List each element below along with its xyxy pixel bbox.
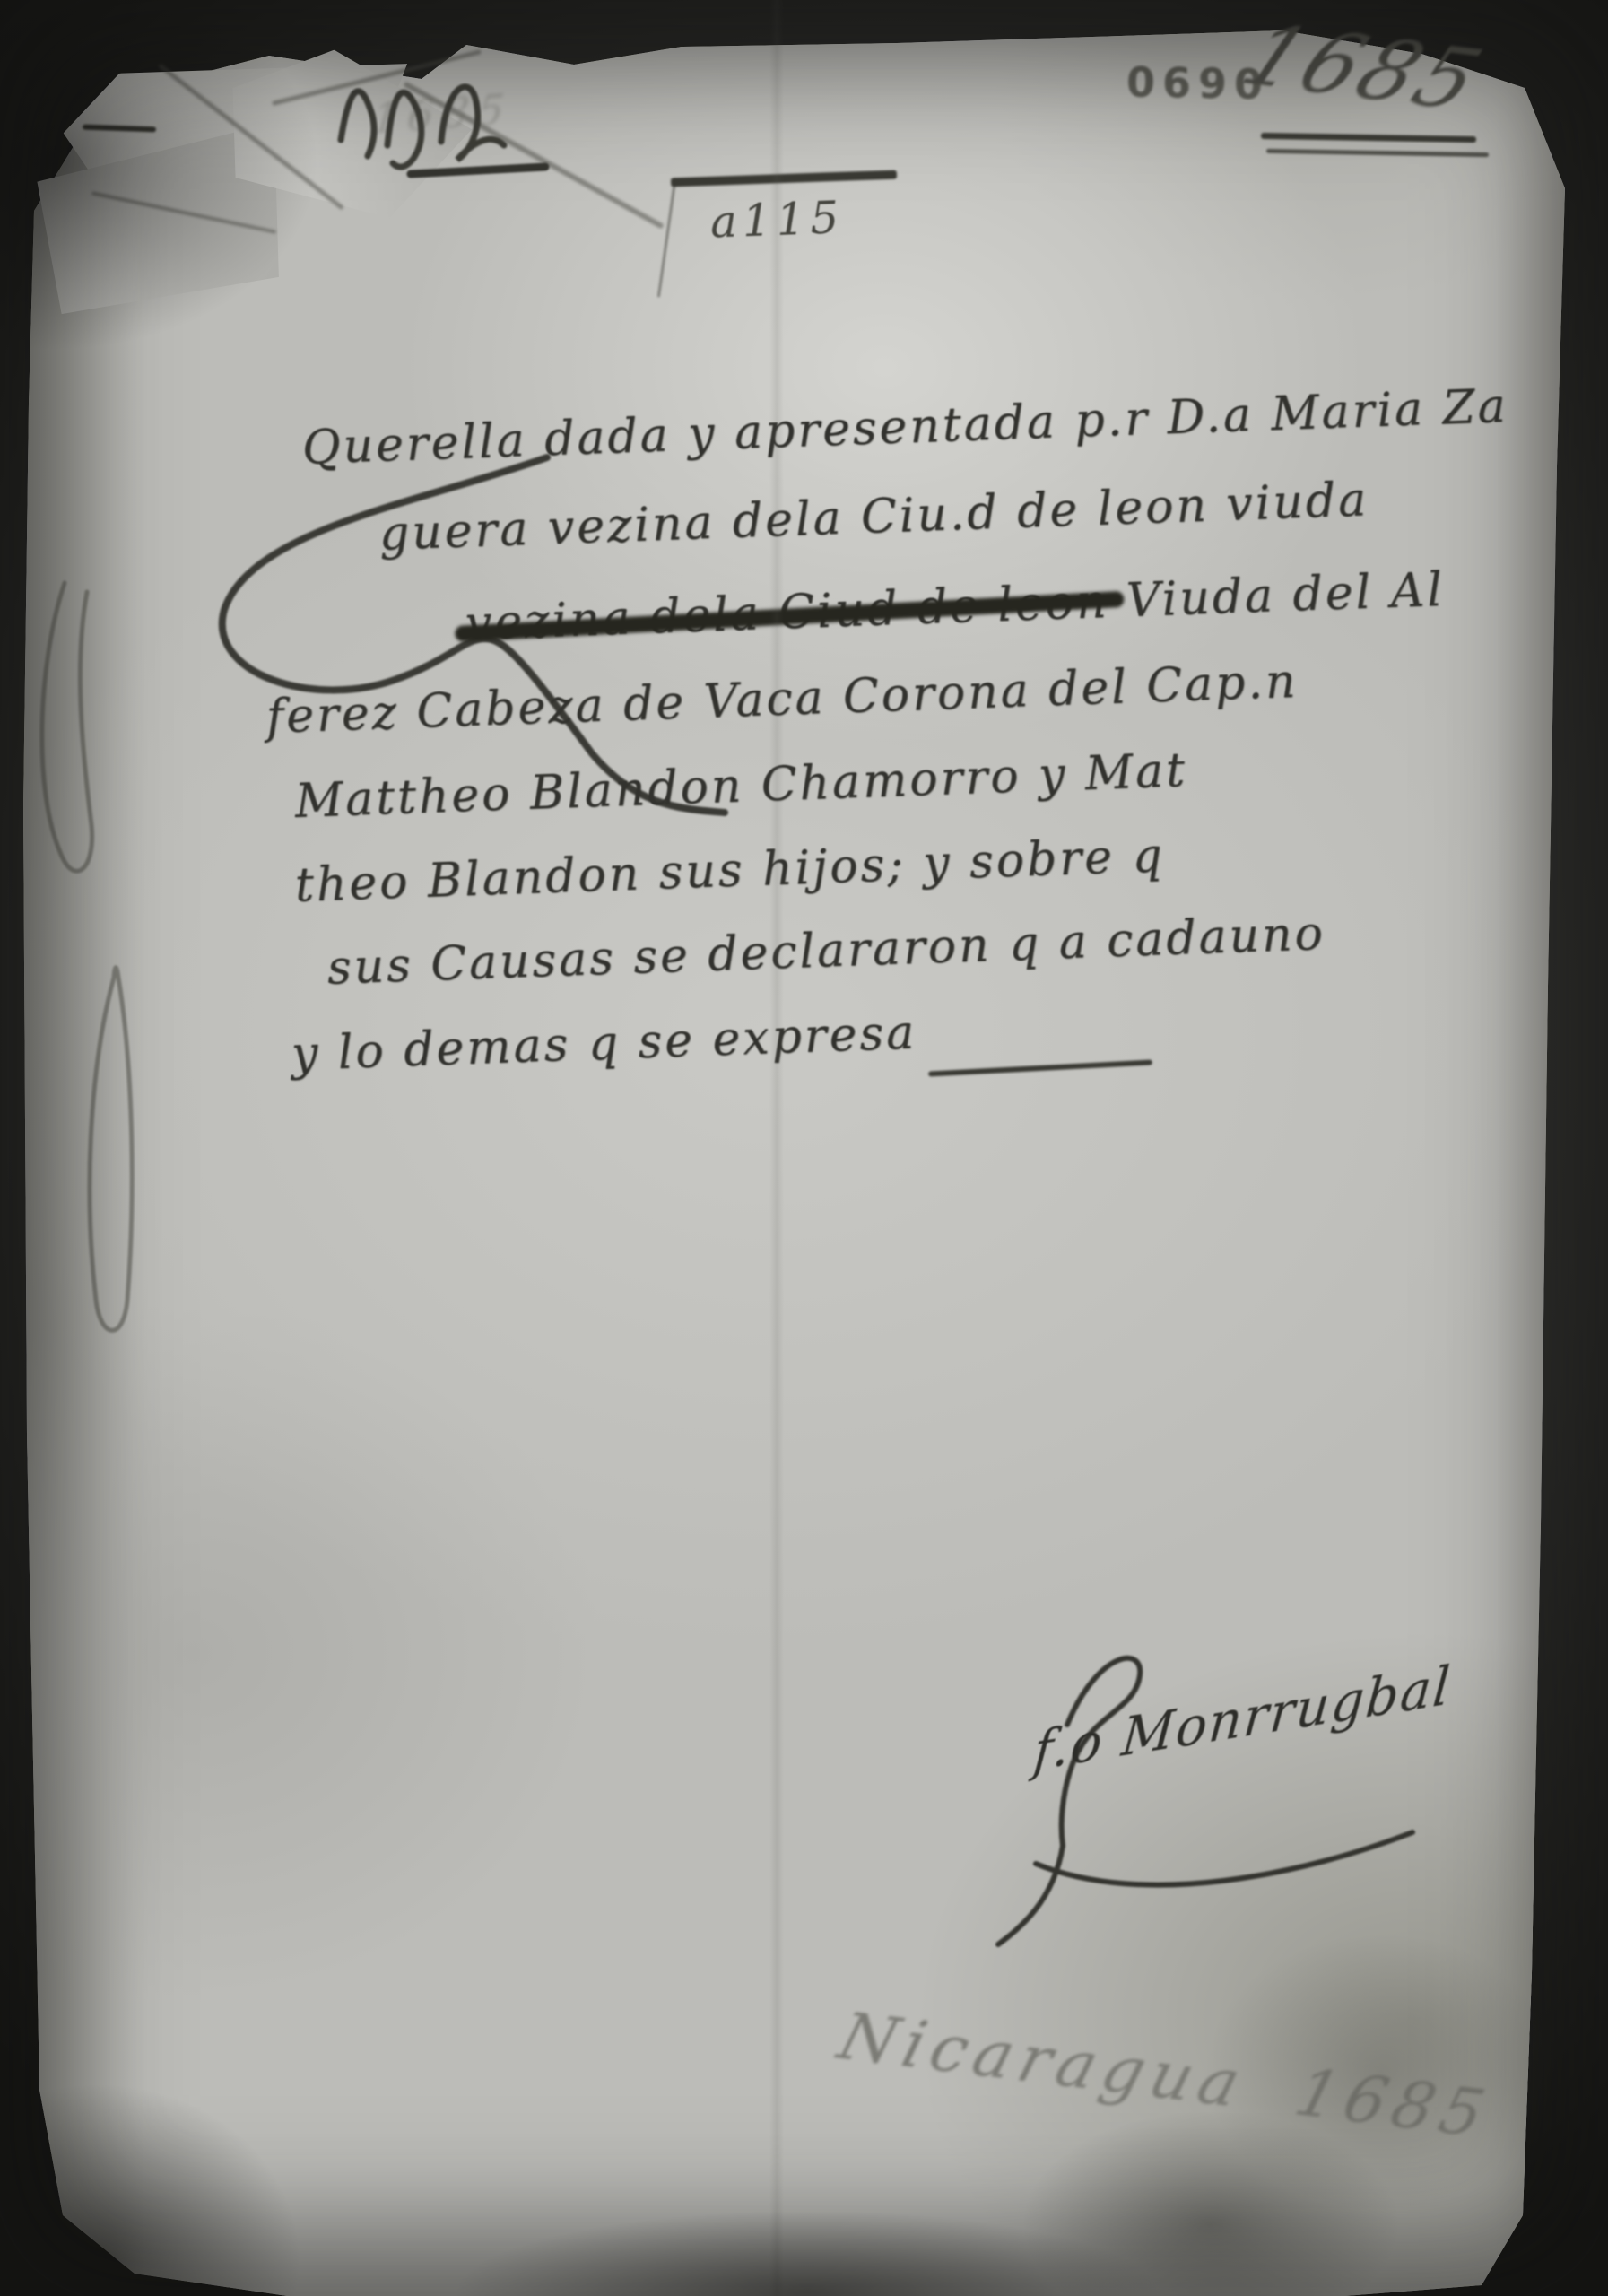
manuscript-photo: 1685 0690 1685 a115 Querella dada y apre… — [0, 0, 1608, 2296]
ink-paraph-mark — [323, 32, 592, 176]
after-strike-text: Viuda del Al — [1126, 563, 1446, 628]
folio-mark: a115 — [709, 191, 845, 248]
binding-cord — [9, 556, 179, 1408]
